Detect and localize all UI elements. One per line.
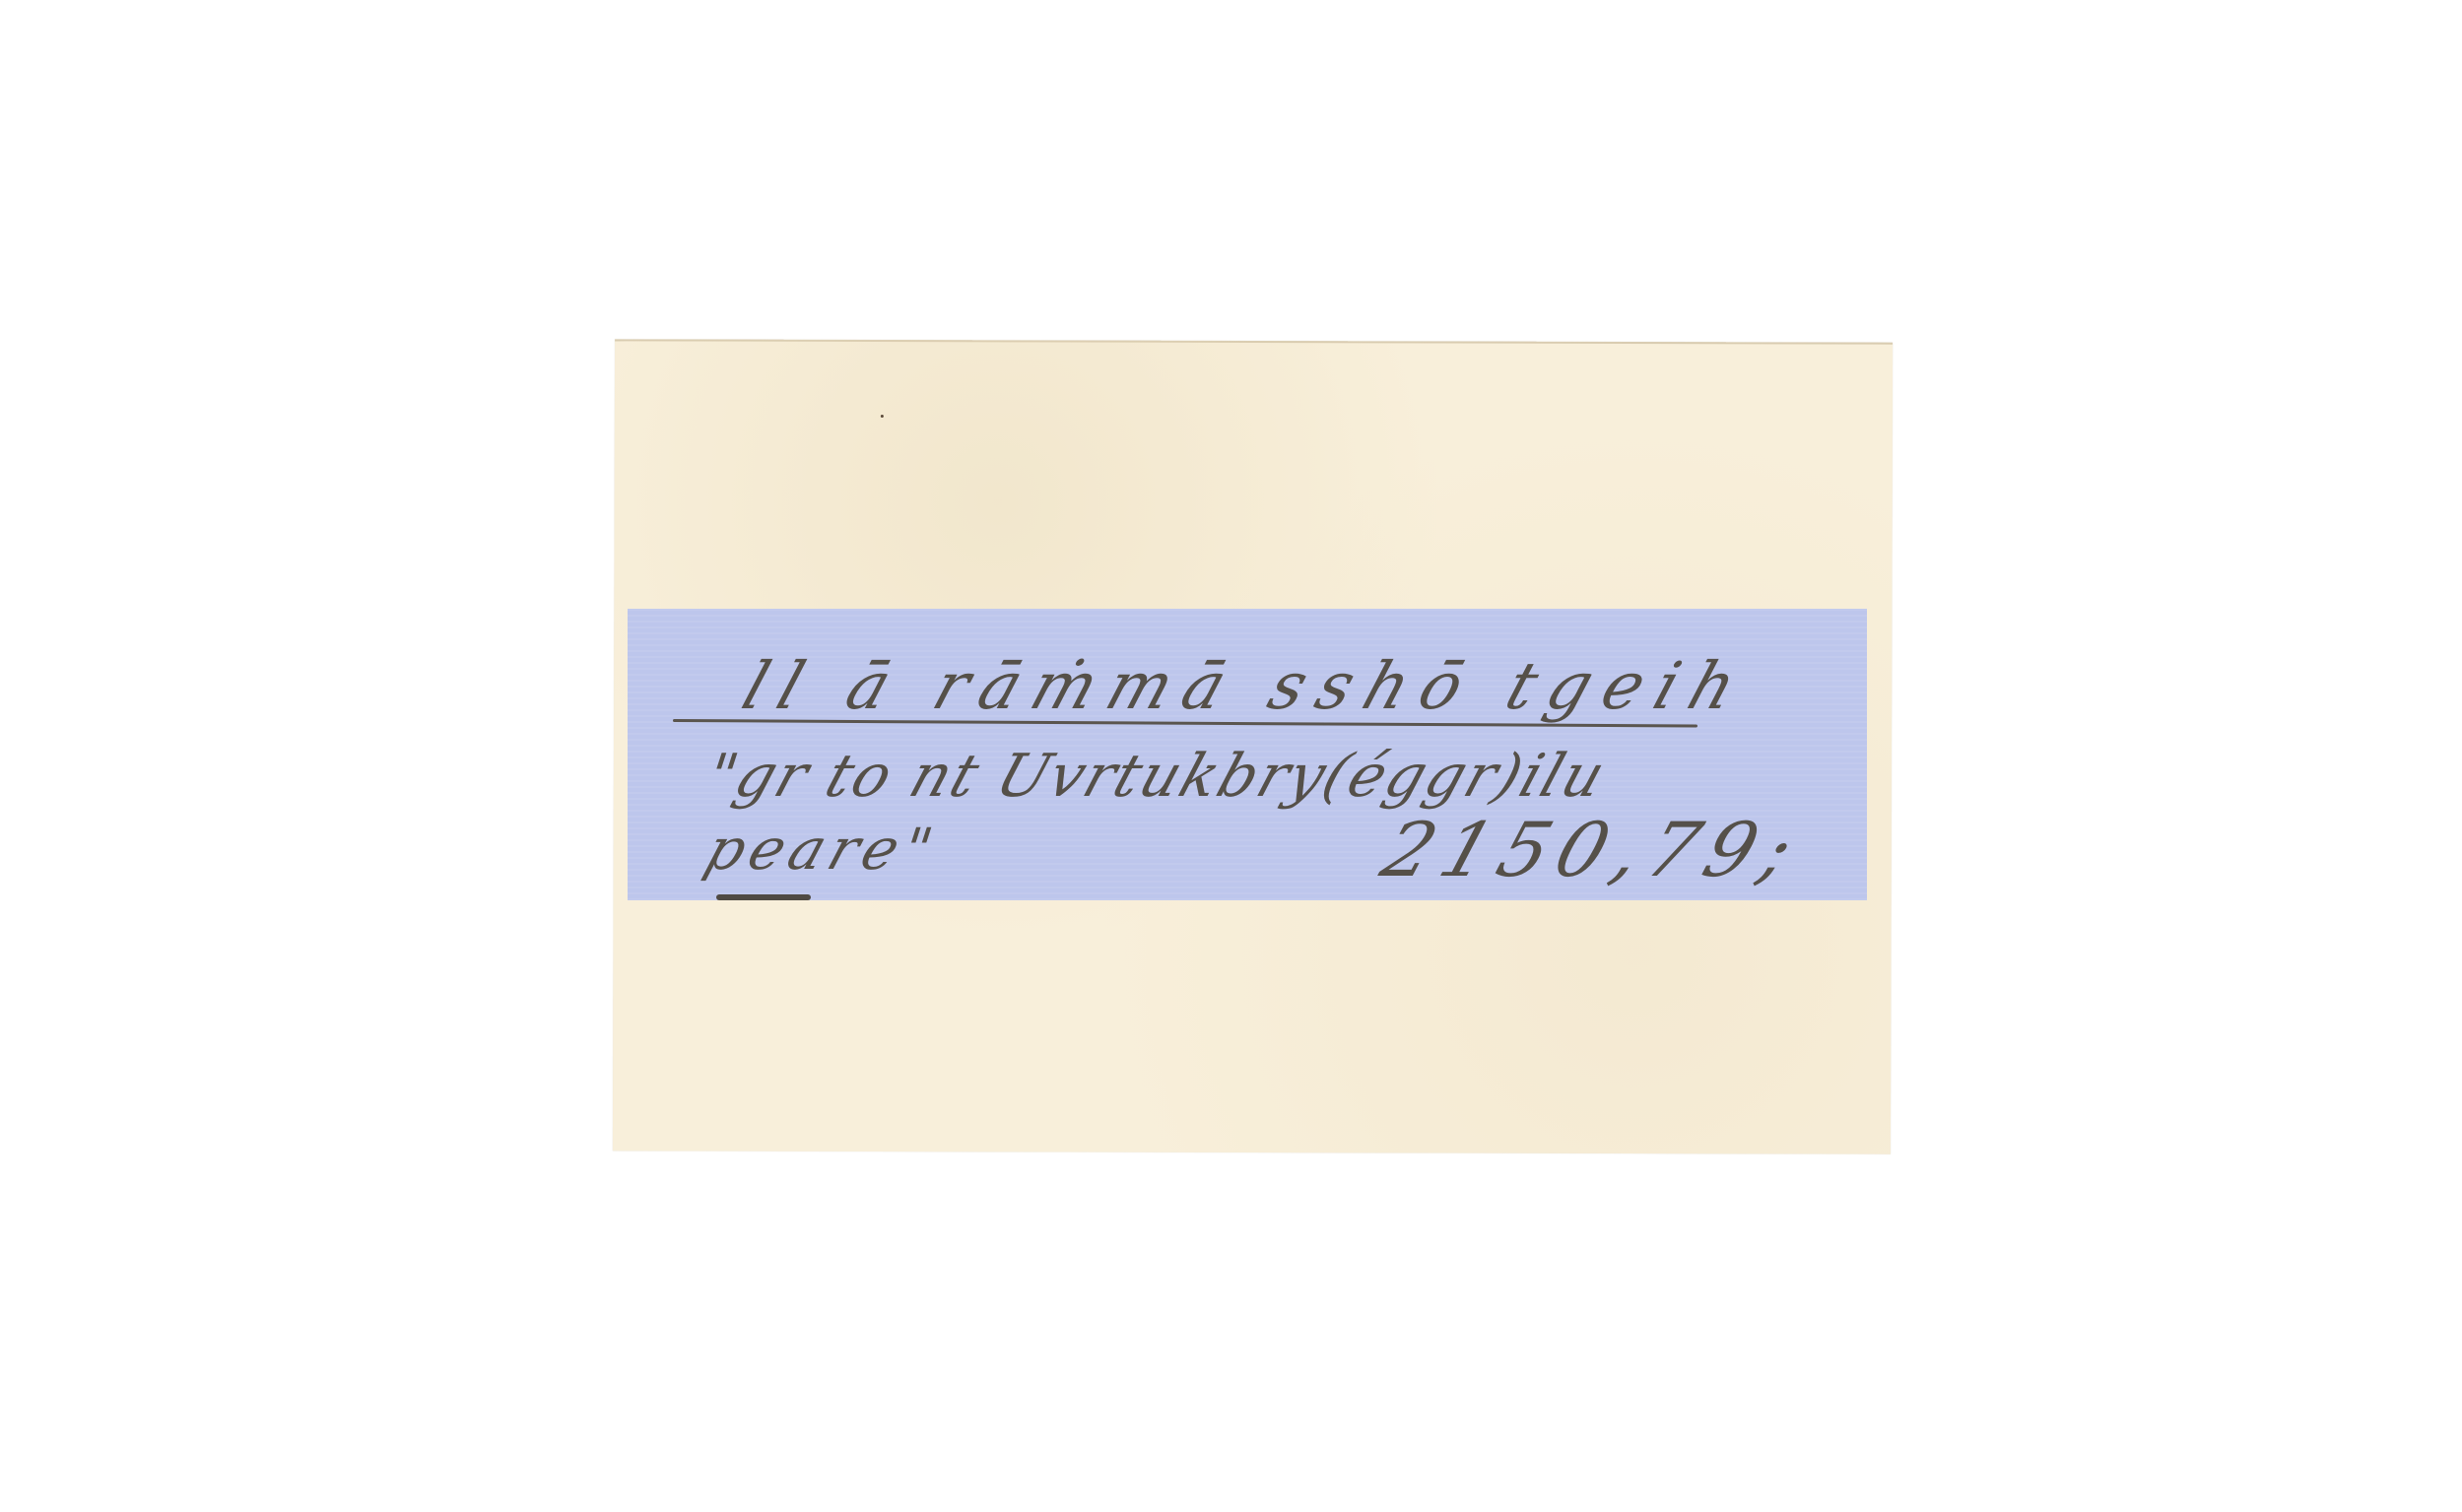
handwritten-line-2: "gr to nt Uvrtukbry(éggr)ilu (698, 742, 1616, 811)
handwritten-line-3-left: peare" (698, 816, 947, 883)
handwritten-line-3-right: 2150,79; (1372, 806, 1815, 893)
blue-paper-strip: ll ā rāṁmā sshō tgeih "gr to nt Uvrtukbr… (628, 609, 1867, 900)
handwritten-line-1: ll ā rāṁmā sshō tgeih (733, 648, 1759, 724)
paper-speck (881, 415, 884, 418)
ink-dash-mark (716, 894, 811, 900)
